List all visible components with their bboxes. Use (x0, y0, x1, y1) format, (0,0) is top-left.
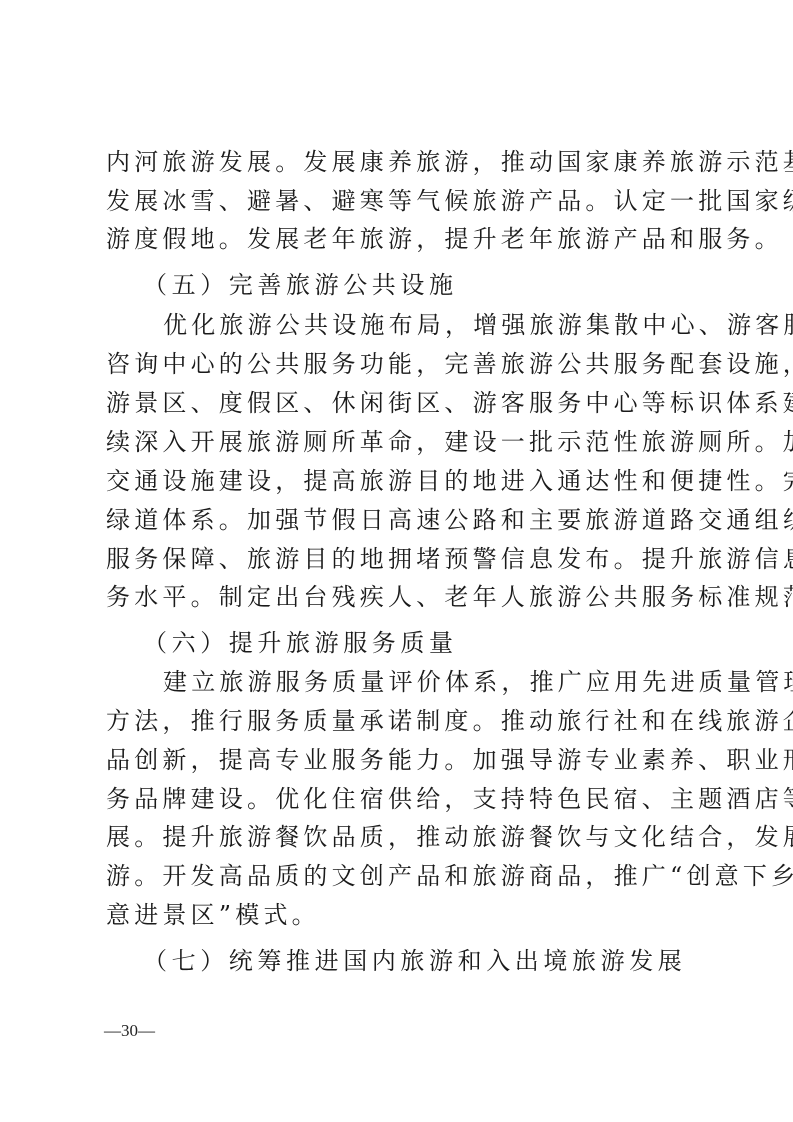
paragraph-line: 意进景区”模式。 (106, 900, 696, 930)
paragraph-line: 优化旅游公共设施布局，增强旅游集散中心、游客服务中心、 (163, 310, 696, 340)
paragraph-line: 续深入开展旅游厕所革命，建设一批示范性旅游厕所。加强旅游 (106, 427, 696, 457)
section-heading-7: （七）统筹推进国内旅游和入出境旅游发展 (143, 946, 686, 976)
section-heading-6: （六）提升旅游服务质量 (143, 628, 458, 658)
paragraph-line: 游。开发高品质的文创产品和旅游商品，推广“创意下乡”“创 (106, 861, 696, 891)
section-heading-5: （五）完善旅游公共设施 (143, 270, 458, 300)
document-page: 内河旅游发展。发展康养旅游，推动国家康养旅游示范基地建设。 发展冰雪、避暑、避寒… (0, 0, 793, 1122)
paragraph-line: 内河旅游发展。发展康养旅游，推动国家康养旅游示范基地建设。 (106, 147, 696, 177)
paragraph-line: 建立旅游服务质量评价体系，推广应用先进质量管理体系和 (163, 667, 696, 697)
paragraph-line: 品创新，提高专业服务能力。加强导游专业素养、职业形象、服 (106, 745, 696, 775)
paragraph-line: 游景区、度假区、休闲街区、游客服务中心等标识体系建设。持 (106, 388, 696, 418)
paragraph-line: 绿道体系。加强节假日高速公路和主要旅游道路交通组织、运输 (106, 505, 696, 535)
paragraph-line: 务水平。制定出台残疾人、老年人旅游公共服务标准规范。 (106, 582, 696, 612)
paragraph-line: 交通设施建设，提高旅游目的地进入通达性和便捷性。完善旅游 (106, 466, 696, 496)
paragraph-line: 务品牌建设。优化住宿供给，支持特色民宿、主题酒店等创新发 (106, 784, 696, 814)
paragraph-line: 发展冰雪、避暑、避寒等气候旅游产品。认定一批国家级滑雪旅 (106, 186, 696, 216)
paragraph-line: 服务保障、旅游目的地拥堵预警信息发布。提升旅游信息公共服 (106, 544, 696, 574)
paragraph-line: 方法，推行服务质量承诺制度。推动旅行社和在线旅游企业的产 (106, 706, 696, 736)
paragraph-line: 展。提升旅游餐饮品质，推动旅游餐饮与文化结合，发展美食旅 (106, 822, 696, 852)
paragraph-line: 游度假地。发展老年旅游，提升老年旅游产品和服务。 (106, 224, 696, 254)
page-number: —30— (104, 1021, 155, 1041)
paragraph-line: 咨询中心的公共服务功能，完善旅游公共服务配套设施，推进旅 (106, 349, 696, 379)
